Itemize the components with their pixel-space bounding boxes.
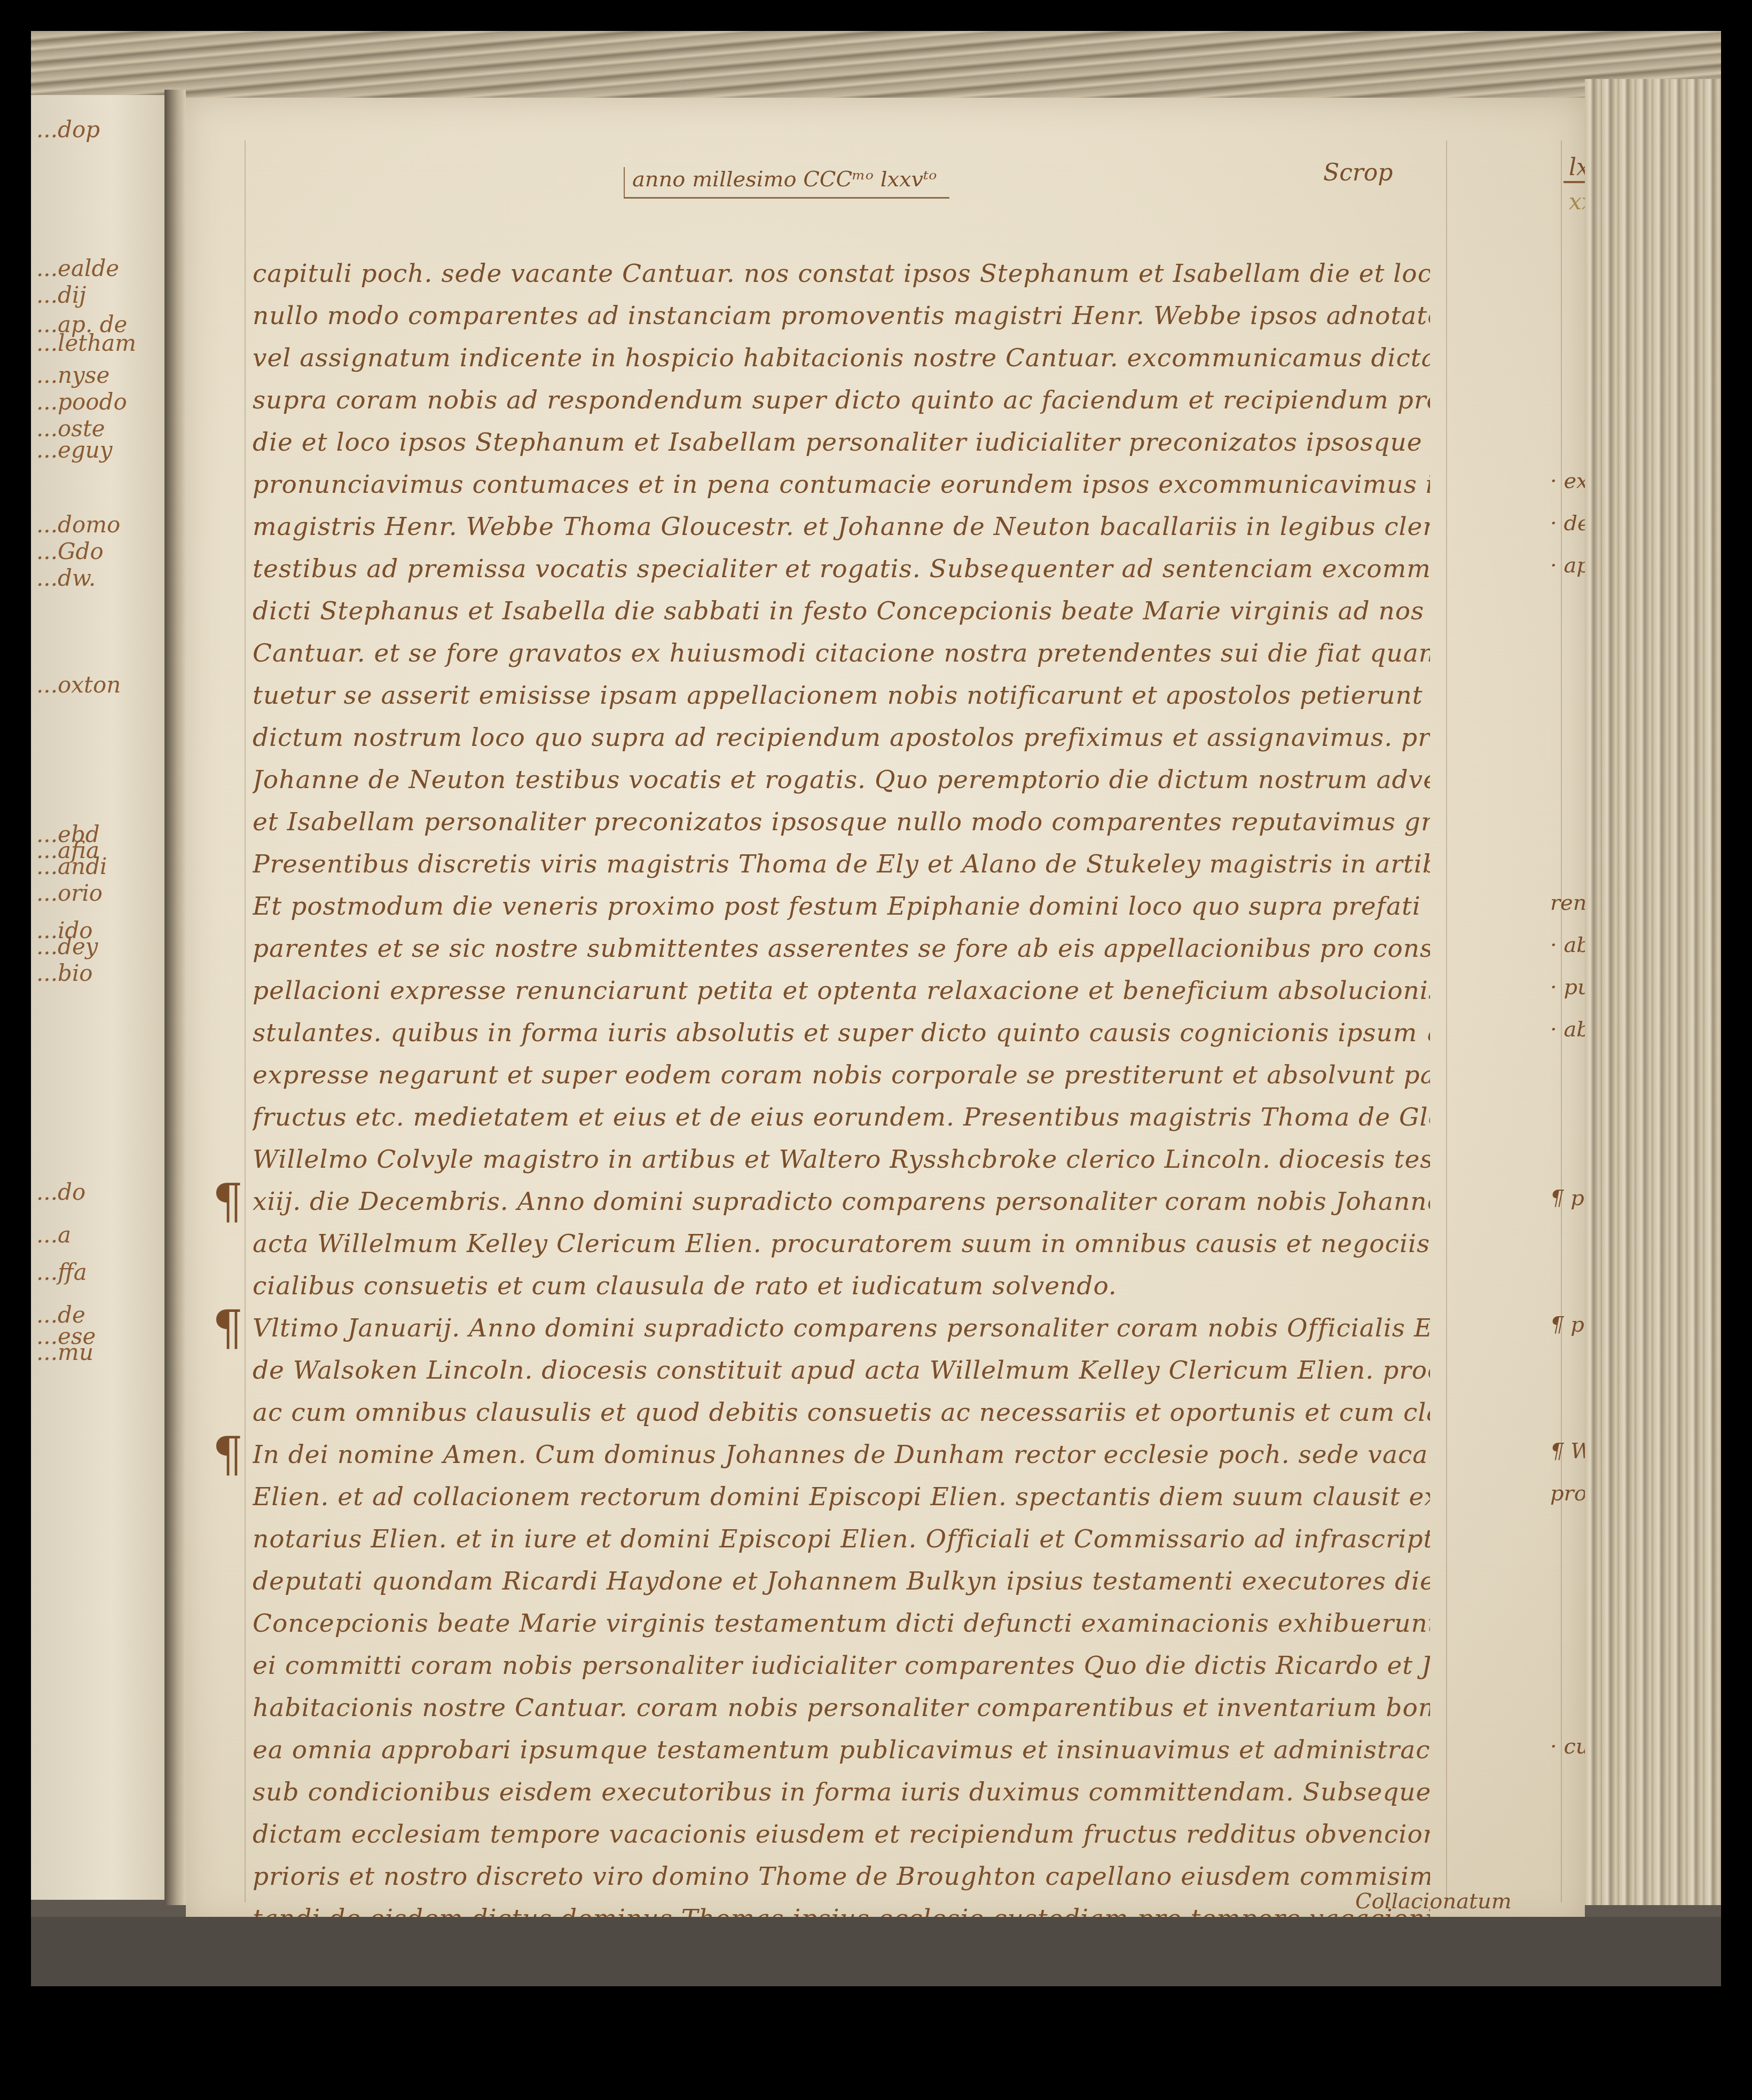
facing-page-fragment: ...do [36,1179,85,1205]
running-head: anno millesimo CCCᵐᵒ lxxvᵗᵒ [624,167,949,199]
text-line: tuetur se asserit emisisse ipsam appella… [253,674,1430,717]
facing-page: ...dop...ealde...dij...ap. de...letham..… [31,95,166,1900]
facing-page-fragment: ...a [36,1222,71,1248]
text-line: testibus ad premissa vocatis specialiter… [253,548,1430,590]
facing-page-fragment: ...dey [36,933,98,959]
text-line: Johanne de Neuton testibus vocatis et ro… [253,759,1430,801]
text-line: stulantes. quibus in forma iuris absolut… [253,1012,1430,1054]
scan-bottom-background [31,1917,1721,1986]
text-line: cialibus consuetis et cum clausula de ra… [253,1265,1430,1307]
facing-page-fragment: ...Gdo [36,538,104,564]
text-line: capituli poch. sede vacante Cantuar. nos… [253,253,1430,295]
paragraph-mark-icon: ¶ [213,1178,243,1226]
ruling-line-right [1446,140,1447,1902]
ruling-line-left [245,140,246,1902]
manuscript-scan: ...dop...ealde...dij...ap. de...letham..… [31,31,1721,1986]
text-line: Et postmodum die veneris proximo post fe… [253,885,1430,927]
text-line: notarius Elien. et in iure et domini Epi… [253,1518,1430,1560]
text-line: deputati quondam Ricardi Haydone et Joha… [253,1560,1430,1602]
text-line: xiij. die Decembris. Anno domini supradi… [253,1181,1430,1223]
facing-page-fragment: ...orio [36,880,103,906]
facing-page-fragment: ...eguy [36,437,113,463]
text-line: dicti Stephanus et Isabella die sabbati … [253,590,1430,632]
text-line: ac cum omnibus clausulis et quod debitis… [253,1391,1430,1434]
text-line: Cantuar. et se fore gravatos ex huiusmod… [253,632,1430,674]
facing-page-fragment: ...dij [36,282,86,308]
facing-page-fragment: ...domo [36,512,120,538]
facing-page-fragment: ...dop [36,116,100,143]
text-line: magistris Henr. Webbe Thoma Gloucestr. e… [253,506,1430,548]
text-line: supra coram nobis ad respondendum super … [253,379,1430,421]
book-top-edge [31,31,1721,106]
facing-page-fragment: ...bio [36,960,93,986]
facing-page-fragment: ...letham [36,330,136,356]
page-stack-edge [1585,79,1721,1905]
facing-page-fragment: ...ealde [36,255,119,281]
facing-page-fragment: ...poodo [36,389,127,415]
facing-page-fragment: ...nyse [36,362,109,388]
text-line: fructus etc. medietatem et eius et de ei… [253,1096,1430,1138]
paragraph-mark-icon: ¶ [213,1304,243,1352]
text-line: Presentibus discretis viris magistris Th… [253,843,1430,885]
book-gutter [164,90,186,1905]
text-line: dictam ecclesiam tempore vacacionis eius… [253,1813,1430,1855]
text-line: die et loco ipsos Stephanum et Isabellam… [253,421,1430,463]
facing-page-fragment: ...ffa [36,1259,87,1285]
text-line: expresse negarunt et super eodem coram n… [253,1054,1430,1096]
text-line: Willelmo Colvyle magistro in artibus et … [253,1138,1430,1181]
text-line: ea omnia approbari ipsumque testamentum … [253,1729,1430,1771]
text-line: acta Willelmum Kelley Clericum Elien. pr… [253,1223,1430,1265]
text-line: dictum nostrum loco quo supra ad recipie… [253,717,1430,759]
facing-page-fragment: ...oxton [36,672,121,698]
facing-page-fragment: ...mu [36,1339,93,1365]
text-line: parentes et se sic nostre submittentes a… [253,927,1430,970]
text-line: nullo modo comparentes ad instanciam pro… [253,295,1430,337]
paragraph-mark-icon: ¶ [213,1431,243,1479]
text-line: et Isabellam personaliter preconizatos i… [253,801,1430,843]
text-line: vel assignatum indicente in hospicio hab… [253,337,1430,379]
text-line: sub condicionibus eisdem executoribus in… [253,1771,1430,1813]
text-line: Concepcionis beate Marie virginis testam… [253,1602,1430,1645]
text-line: pellacioni expresse renunciarunt petita … [253,970,1430,1012]
text-line: habitacionis nostre Cantuar. coram nobis… [253,1687,1430,1729]
facing-page-fragment: ...andi [36,853,107,879]
text-line: ei committi coram nobis personaliter iud… [253,1645,1430,1687]
facing-page-fragment: ...dw. [36,565,96,591]
collation-note: Collacionatum [1355,1889,1512,1914]
text-line: Elien. et ad collacionem rectorum domini… [253,1476,1430,1518]
text-line: pronunciavimus contumaces et in pena con… [253,463,1430,506]
text-line: prioris et nostro discreto viro domino T… [253,1855,1430,1898]
text-line: Vltimo Januarij. Anno domini supradicto … [253,1307,1430,1349]
text-line: de Walsoken Lincoln. diocesis constituit… [253,1349,1430,1391]
folio-page: anno millesimo CCCᵐᵒ lxxvᵗᵒ Scrop lxxvᵗᵒ… [186,98,1585,1924]
main-text-block: capituli poch. sede vacante Cantuar. nos… [253,253,1430,1982]
section-title: Scrop [1323,159,1393,186]
text-line: In dei nomine Amen. Cum dominus Johannes… [253,1434,1430,1476]
